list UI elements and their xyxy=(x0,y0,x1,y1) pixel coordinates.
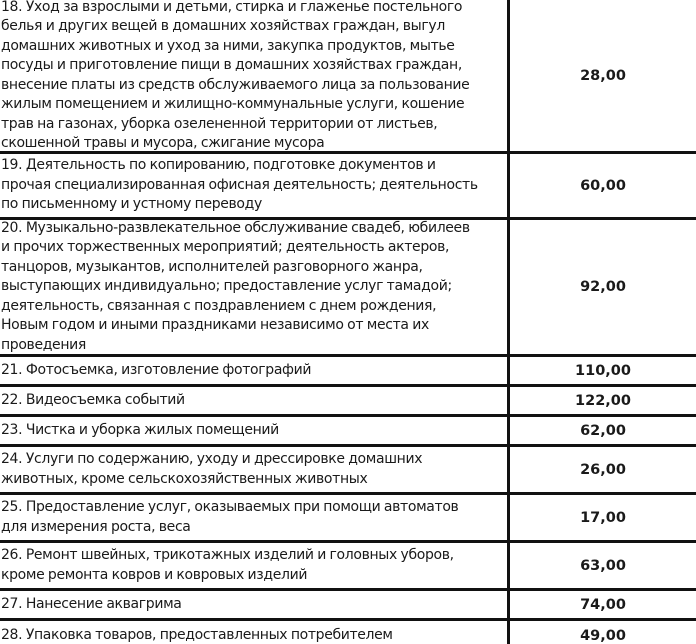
table-row: 28. Упаковка товаров, предоставленных по… xyxy=(0,621,696,644)
table-row: 22. Видеосъемка событий122,00 xyxy=(0,387,696,417)
service-price: 60,00 xyxy=(510,154,696,217)
description-line: и прочих торжественных мероприятий; деят… xyxy=(1,238,470,258)
service-description: 22. Видеосъемка событий xyxy=(1,387,506,414)
description-line: танцоров, музыкантов, исполнителей разго… xyxy=(1,258,470,278)
service-description: 25. Предоставление услуг, оказываемых пр… xyxy=(1,495,506,540)
table-row: 24. Услуги по содержанию, уходу и дресси… xyxy=(0,447,696,495)
description-line: прочая специализированная офисная деятел… xyxy=(1,176,478,196)
description-line: деятельность, связанная с поздравлением … xyxy=(1,297,470,317)
service-description: 28. Упаковка товаров, предоставленных по… xyxy=(1,621,506,644)
service-price: 110,00 xyxy=(510,357,696,384)
table-row: 18. Уход за взрослыми и детьми, стирка и… xyxy=(0,0,696,154)
table-row: 23. Чистка и уборка жилых помещений62,00 xyxy=(0,417,696,447)
service-description: 26. Ремонт швейных, трикотажных изделий … xyxy=(1,543,506,588)
service-description: 20. Музыкально-развлекательное обслужива… xyxy=(1,220,506,354)
description-line: 19. Деятельность по копированию, подгото… xyxy=(1,156,478,176)
description-line: посуды и приготовление пищи в домашних х… xyxy=(1,56,469,76)
description-line: Новым годом и иными праздниками независи… xyxy=(1,316,470,336)
service-price: 28,00 xyxy=(510,0,696,151)
table-row: 19. Деятельность по копированию, подгото… xyxy=(0,154,696,220)
service-price: 49,00 xyxy=(510,621,696,644)
description-line: кроме ремонта ковров и ковровых изделий xyxy=(1,566,454,586)
service-description: 18. Уход за взрослыми и детьми, стирка и… xyxy=(1,0,506,151)
description-line: 18. Уход за взрослыми и детьми, стирка и… xyxy=(1,0,469,17)
description-line: 22. Видеосъемка событий xyxy=(1,391,185,411)
table-row: 20. Музыкально-развлекательное обслужива… xyxy=(0,220,696,357)
service-description: 21. Фотосъемка, изготовление фотографий xyxy=(1,357,506,384)
service-price: 92,00 xyxy=(510,220,696,354)
service-price: 74,00 xyxy=(510,591,696,618)
service-price: 62,00 xyxy=(510,417,696,444)
table-row: 25. Предоставление услуг, оказываемых пр… xyxy=(0,495,696,543)
service-price: 17,00 xyxy=(510,495,696,540)
description-line: 26. Ремонт швейных, трикотажных изделий … xyxy=(1,546,454,566)
description-line: внесение платы из средств обслуживаемого… xyxy=(1,76,469,96)
description-line: скошенной травы и мусора, сжигание мусор… xyxy=(1,134,469,154)
service-description: 24. Услуги по содержанию, уходу и дресси… xyxy=(1,447,506,492)
service-description: 27. Нанесение аквагрима xyxy=(1,591,506,618)
table-row: 21. Фотосъемка, изготовление фотографий1… xyxy=(0,357,696,387)
description-line: 20. Музыкально-развлекательное обслужива… xyxy=(1,219,470,239)
description-line: 25. Предоставление услуг, оказываемых пр… xyxy=(1,498,458,518)
service-price: 63,00 xyxy=(510,543,696,588)
description-line: белья и других вещей в домашних хозяйств… xyxy=(1,17,469,37)
service-price: 122,00 xyxy=(510,387,696,414)
service-price: 26,00 xyxy=(510,447,696,492)
description-line: жилым помещением и жилищно-коммунальные … xyxy=(1,95,469,115)
description-line: животных, кроме сельскохозяйственных жив… xyxy=(1,470,422,490)
description-line: 24. Услуги по содержанию, уходу и дресси… xyxy=(1,450,422,470)
description-line: 28. Упаковка товаров, предоставленных по… xyxy=(1,626,393,644)
service-description: 19. Деятельность по копированию, подгото… xyxy=(1,154,506,217)
service-description: 23. Чистка и уборка жилых помещений xyxy=(1,417,506,444)
description-line: трав на газонах, уборка озелененной терр… xyxy=(1,115,469,135)
description-line: выступающих индивидуально; предоставлени… xyxy=(1,277,470,297)
description-line: 27. Нанесение аквагрима xyxy=(1,595,182,615)
description-line: домашних животных и уход за ними, закупк… xyxy=(1,37,469,57)
column-divider xyxy=(507,0,510,644)
table-row: 27. Нанесение аквагрима74,00 xyxy=(0,591,696,621)
description-line: 23. Чистка и уборка жилых помещений xyxy=(1,421,279,441)
table-row: 26. Ремонт швейных, трикотажных изделий … xyxy=(0,543,696,591)
description-line: 21. Фотосъемка, изготовление фотографий xyxy=(1,361,311,381)
description-line: проведения xyxy=(1,336,470,356)
description-line: для измерения роста, веса xyxy=(1,518,458,538)
description-line: по письменному и устному переводу xyxy=(1,195,478,215)
